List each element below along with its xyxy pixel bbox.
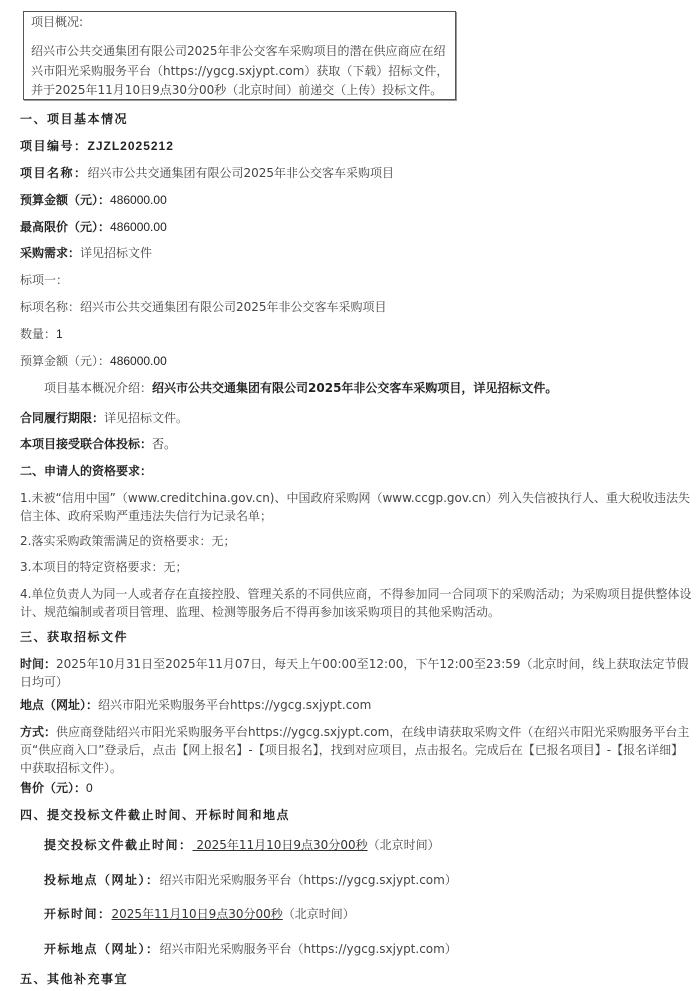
contract-label: 合同履行期限：	[20, 411, 104, 425]
max-price-label: 最高限价（元）：	[20, 220, 110, 234]
lot-label: 标项一：	[20, 271, 68, 289]
contract-value: 详见招标文件。	[104, 411, 188, 425]
lot-budget-row: 预算金额（元）：486000.00	[20, 352, 167, 370]
lot-name-value: 绍兴市公共交通集团有限公司2025年非公交客车采购项目	[80, 300, 387, 314]
obtain-method-label: 方式：	[20, 725, 56, 739]
project-number-label: 项目编号：	[20, 139, 88, 153]
sale-price-row: 售价（元）：0	[20, 779, 93, 797]
project-name-label: 项目名称：	[20, 166, 88, 180]
overview-body: 绍兴市公共交通集团有限公司2025年非公交客车采购项目的潜在供应商应在绍兴市阳光…	[31, 42, 455, 101]
section-3-heading: 三、获取招标文件	[20, 628, 128, 646]
obtain-place-value: 绍兴市阳光采购服务平台https://ygcg.sxjypt.com	[98, 698, 371, 712]
qualification-item-2: 2.落实采购政策需满足的资格要求：无；	[20, 532, 235, 550]
obtain-time-label: 时间：	[20, 657, 56, 671]
consortium-row: 本项目接受联合体投标：否。	[20, 435, 176, 453]
intro-value: 绍兴市公共交通集团有限公司2025年非公交客车采购项目，详见招标文件。	[152, 381, 557, 395]
demand-label: 采购需求：	[20, 246, 80, 260]
overview-title: 项目概况:	[31, 13, 83, 31]
lot-name-label: 标项名称：	[20, 300, 80, 314]
intro-row: 项目基本概况介绍：绍兴市公共交通集团有限公司2025年非公交客车采购项目，详见招…	[44, 379, 557, 397]
qualification-item-1: 1.未被“信用中国”（www.creditchina.gov.cn)、中国政府采…	[20, 489, 692, 525]
max-price-row: 最高限价（元）：486000.00	[20, 218, 167, 236]
budget-row: 预算金额（元）：486000.00	[20, 191, 167, 209]
quantity-value: 1	[56, 327, 63, 341]
lot-name-row: 标项名称：绍兴市公共交通集团有限公司2025年非公交客车采购项目	[20, 298, 387, 316]
lot-budget-value: 486000.00	[110, 354, 167, 368]
bid-deadline-suffix: （北京时间）	[368, 838, 440, 852]
quantity-label: 数量：	[20, 327, 56, 341]
sale-price-value: 0	[86, 781, 93, 795]
project-number-row: 项目编号：ZJZL2025212	[20, 137, 174, 155]
demand-row: 采购需求：详见招标文件	[20, 244, 152, 262]
max-price-value: 486000.00	[110, 220, 167, 234]
section-5-heading: 五、其他补充事宜	[20, 970, 128, 988]
sale-price-label: 售价（元）：	[20, 781, 86, 795]
open-time-label: 开标时间：	[44, 907, 112, 921]
bid-deadline-row: 提交投标文件截止时间： 2025年11月10日9点30分00秒（北京时间）	[44, 836, 440, 854]
open-time-suffix: （北京时间）	[283, 907, 355, 921]
project-name-row: 项目名称：绍兴市公共交通集团有限公司2025年非公交客车采购项目	[20, 164, 394, 182]
bid-place-row: 投标地点（网址）：绍兴市阳光采购服务平台（https://ygcg.sxjypt…	[44, 871, 457, 889]
obtain-time-value: 2025年10月31日至2025年11月07日，每天上午00:00至12:00，…	[20, 657, 689, 689]
open-time-value: 2025年11月10日9点30分00秒	[112, 907, 283, 921]
open-time-row: 开标时间：2025年11月10日9点30分00秒（北京时间）	[44, 905, 355, 923]
project-name-value: 绍兴市公共交通集团有限公司2025年非公交客车采购项目	[88, 166, 395, 180]
section-1-heading: 一、项目基本情况	[20, 110, 128, 128]
consortium-label: 本项目接受联合体投标：	[20, 437, 152, 451]
bid-place-label: 投标地点（网址）：	[44, 873, 160, 887]
bid-place-value: 绍兴市阳光采购服务平台（https://ygcg.sxjypt.com）	[160, 873, 457, 887]
section-2-heading: 二、申请人的资格要求：	[20, 462, 152, 480]
obtain-place-row: 地点（网址）：绍兴市阳光采购服务平台https://ygcg.sxjypt.co…	[20, 696, 371, 714]
open-place-label: 开标地点（网址）：	[44, 942, 160, 956]
obtain-method-value: 供应商登陆绍兴市阳光采购服务平台https://ygcg.sxjypt.com，…	[20, 725, 689, 775]
obtain-method-row: 方式：供应商登陆绍兴市阳光采购服务平台https://ygcg.sxjypt.c…	[20, 723, 692, 777]
budget-label: 预算金额（元）：	[20, 193, 110, 207]
project-overview-box: 项目概况: 绍兴市公共交通集团有限公司2025年非公交客车采购项目的潜在供应商应…	[23, 11, 456, 100]
contract-row: 合同履行期限：详见招标文件。	[20, 409, 188, 427]
bid-deadline-value: 2025年11月10日9点30分00秒	[193, 838, 368, 852]
demand-value: 详见招标文件	[80, 246, 152, 260]
qualification-item-3: 3.本项目的特定资格要求：无；	[20, 558, 187, 576]
project-number-value: ZJZL2025212	[88, 139, 174, 153]
open-place-value: 绍兴市阳光采购服务平台（https://ygcg.sxjypt.com）	[160, 942, 457, 956]
bid-deadline-label: 提交投标文件截止时间：	[44, 838, 193, 852]
lot-budget-label: 预算金额（元）：	[20, 354, 110, 368]
consortium-value: 否。	[152, 437, 176, 451]
budget-value: 486000.00	[110, 193, 167, 207]
obtain-time-row: 时间：2025年10月31日至2025年11月07日，每天上午00:00至12:…	[20, 655, 692, 691]
open-place-row: 开标地点（网址）：绍兴市阳光采购服务平台（https://ygcg.sxjypt…	[44, 940, 457, 958]
section-4-heading: 四、提交投标文件截止时间、开标时间和地点	[20, 806, 290, 824]
qualification-item-4: 4.单位负责人为同一人或者存在直接控股、管理关系的不同供应商，不得参加同一合同项…	[20, 585, 692, 621]
intro-label: 项目基本概况介绍：	[44, 381, 152, 395]
quantity-row: 数量：1	[20, 325, 63, 343]
obtain-place-label: 地点（网址）：	[20, 698, 98, 712]
